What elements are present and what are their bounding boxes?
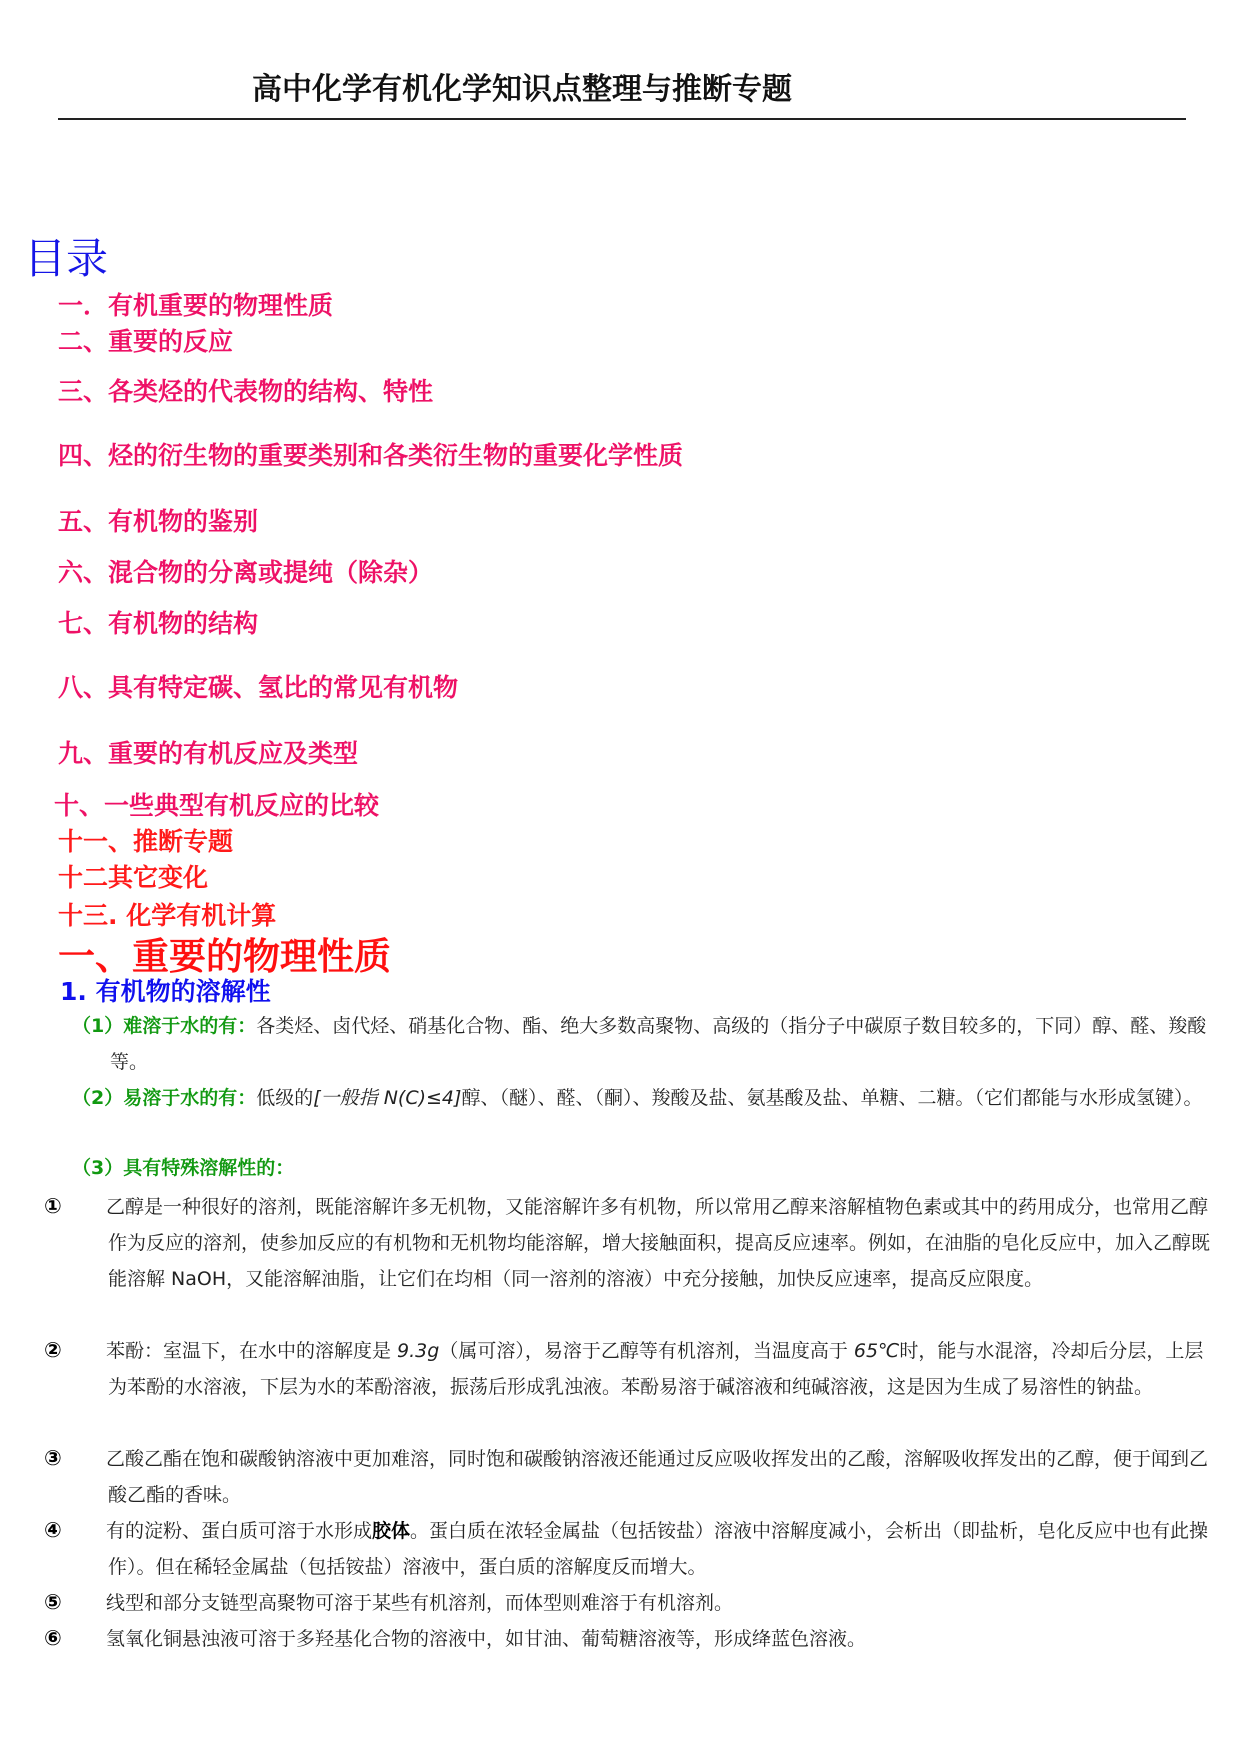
list-item-text: 线型和部分支链型高聚物可溶于某些有机溶剂，而体型则难溶于有机溶剂。 <box>106 1592 733 1614</box>
circled-number-icon: ④ <box>76 1512 106 1548</box>
toc-item-9[interactable]: 九、重要的有机反应及类型 <box>58 734 358 770</box>
list-item: ⑤线型和部分支链型高聚物可溶于某些有机溶剂，而体型则难溶于有机溶剂。 <box>76 1584 1220 1621</box>
solubility-value: 9.3g <box>397 1340 439 1362</box>
circled-number-icon: ⑥ <box>76 1620 106 1656</box>
paragraph-text: 醇、（醚）、醛、（酮）、羧酸及盐、氨基酸及盐、单糖、二糖。（它们都能与水形成氢键… <box>461 1087 1202 1109</box>
list-item: ④有的淀粉、蛋白质可溶于水形成胶体。蛋白质在浓轻金属盐（包括铵盐）溶液中溶解度减… <box>76 1512 1220 1585</box>
list-item-text: 乙酸乙酯在饱和碳酸钠溶液中更加难溶，同时饱和碳酸钠溶液还能通过反应吸收挥发出的乙… <box>106 1448 1208 1506</box>
list-item-text: 氢氧化铜悬浊液可溶于多羟基化合物的溶液中，如甘油、葡萄糖溶液等，形成绛蓝色溶液。 <box>106 1628 866 1650</box>
paragraph-label: （2）易溶于水的有： <box>72 1087 256 1109</box>
toc-item-10[interactable]: 十、一些典型有机反应的比较 <box>54 786 379 822</box>
paragraph-text: 低级的 <box>256 1087 313 1109</box>
toc-item-4[interactable]: 四、烃的衍生物的重要类别和各类衍生物的重要化学性质 <box>58 436 683 472</box>
paragraph-special: （3）具有特殊溶解性的： <box>72 1150 1188 1186</box>
circled-number-icon: ① <box>76 1188 106 1224</box>
toc-item-5[interactable]: 五、有机物的鉴别 <box>58 502 258 538</box>
paragraph-label: （1）难溶于水的有： <box>72 1015 256 1037</box>
paragraph-soluble: （2）易溶于水的有：低级的[一般指 N(C)≤4]醇、（醚）、醛、（酮）、羧酸及… <box>72 1080 1226 1116</box>
toc-item-8[interactable]: 八、具有特定碳、氢比的常见有机物 <box>58 668 458 704</box>
toc-item-3[interactable]: 三、各类烃的代表物的结构、特性 <box>58 372 433 408</box>
emphasis-term: 胶体 <box>372 1520 410 1542</box>
toc-item-7[interactable]: 七、有机物的结构 <box>58 604 258 640</box>
list-item-text: 乙醇是一种很好的溶剂，既能溶解许多无机物，又能溶解许多有机物，所以常用乙醇来溶解… <box>106 1196 1210 1290</box>
list-item: ③乙酸乙酯在饱和碳酸钠溶液中更加难溶，同时饱和碳酸钠溶液还能通过反应吸收挥发出的… <box>76 1440 1220 1513</box>
carbon-count-note: [一般指 N(C)≤4] <box>313 1087 461 1109</box>
subsection-heading: 1. 有机物的溶解性 <box>60 972 271 1008</box>
toc-item-6[interactable]: 六、混合物的分离或提纯（除杂） <box>58 553 433 589</box>
circled-number-icon: ⑤ <box>76 1584 106 1620</box>
list-item-text: 苯酚：室温下，在水中的溶解度是 <box>106 1340 397 1362</box>
paragraph-insoluble: （1）难溶于水的有：各类烃、卤代烃、硝基化合物、酯、绝大多数高聚物、高级的（指分… <box>72 1008 1226 1080</box>
toc-heading: 目录 <box>24 226 108 286</box>
toc-item-1[interactable]: 一．有机重要的物理性质 <box>58 286 333 322</box>
temperature-value: 65℃ <box>854 1340 900 1362</box>
circled-number-icon: ② <box>76 1332 106 1368</box>
list-item: ②苯酚：室温下，在水中的溶解度是 9.3g（属可溶），易溶于乙醇等有机溶剂，当温… <box>76 1332 1220 1405</box>
list-item: ①乙醇是一种很好的溶剂，既能溶解许多无机物，又能溶解许多有机物，所以常用乙醇来溶… <box>76 1188 1220 1297</box>
list-item: ⑥氢氧化铜悬浊液可溶于多羟基化合物的溶液中，如甘油、葡萄糖溶液等，形成绛蓝色溶液… <box>76 1620 1220 1657</box>
toc-item-12[interactable]: 十二其它变化 <box>58 858 208 894</box>
circled-number-icon: ③ <box>76 1440 106 1476</box>
document-title: 高中化学有机化学知识点整理与推断专题 <box>252 64 792 108</box>
paragraph-label: （3）具有特殊溶解性的： <box>72 1157 294 1179</box>
toc-item-2[interactable]: 二、重要的反应 <box>58 322 233 358</box>
list-item-text: 有的淀粉、蛋白质可溶于水形成 <box>106 1520 372 1542</box>
paragraph-text: 各类烃、卤代烃、硝基化合物、酯、绝大多数高聚物、高级的（指分子中碳原子数目较多的… <box>110 1015 1206 1073</box>
toc-item-11[interactable]: 十一、推断专题 <box>58 822 233 858</box>
list-item-text: （属可溶），易溶于乙醇等有机溶剂，当温度高于 <box>439 1340 854 1362</box>
header-rule <box>58 118 1186 120</box>
